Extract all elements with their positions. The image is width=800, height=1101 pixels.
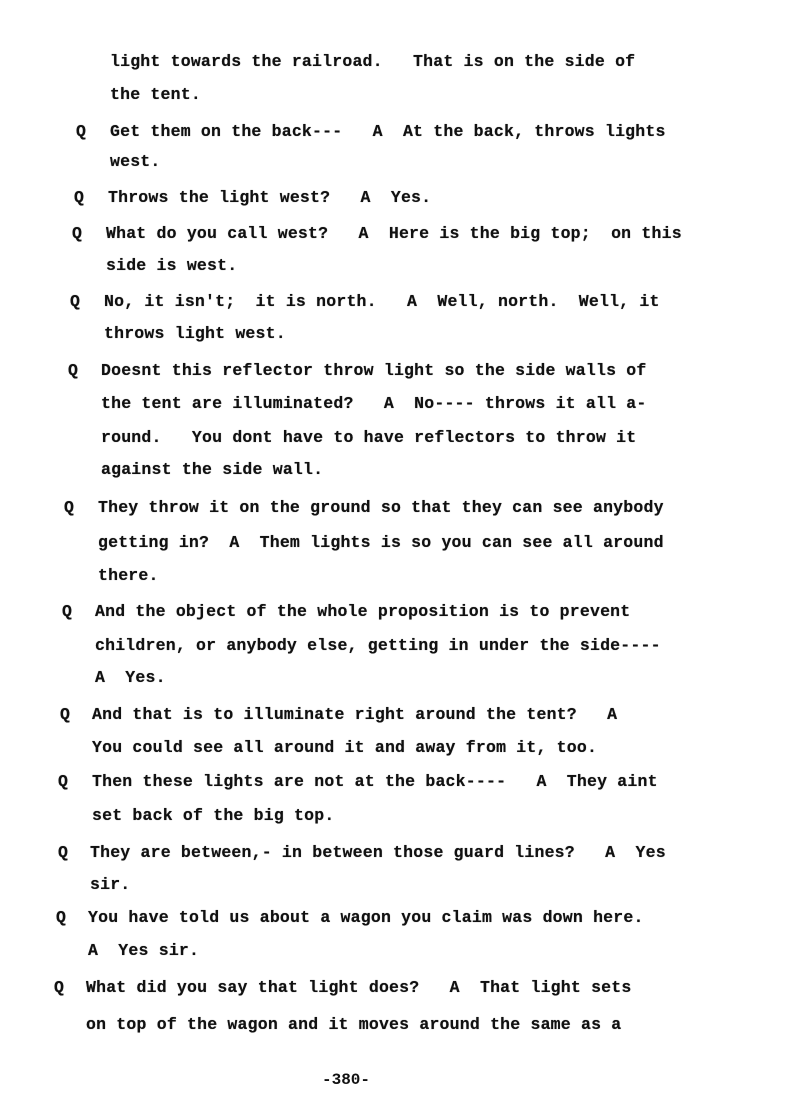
question-marker: Q [62,602,72,622]
question-marker: Q [56,908,66,928]
transcript-line: A Yes. [95,668,166,688]
transcript-line: What did you say that light does? A That… [86,978,632,998]
question-marker: Q [58,843,68,863]
transcript-line: set back of the big top. [92,806,334,826]
transcript-line: Throws the light west? A Yes. [108,188,431,208]
transcript-line: Doesnt this reflector throw light so the… [101,361,647,381]
transcript-line: Then these lights are not at the back---… [92,772,658,792]
question-marker: Q [74,188,84,208]
transcript-line: there. [98,566,159,586]
transcript-line: throws light west. [104,324,286,344]
transcript-line: side is west. [106,256,237,276]
question-marker: Q [70,292,80,312]
transcript-line: What do you call west? A Here is the big… [106,224,682,244]
transcript-line: the tent. [110,85,201,105]
transcript-line: They are between,- in between those guar… [90,843,666,863]
transcript-line: No, it isn't; it is north. A Well, north… [104,292,660,312]
transcript-line: And the object of the whole proposition … [95,602,630,622]
question-marker: Q [76,122,86,142]
transcript-line: You have told us about a wagon you claim… [88,908,644,928]
question-marker: Q [60,705,70,725]
question-marker: Q [64,498,74,518]
transcript-line: sir. [90,875,130,895]
transcript-line: west. [110,152,161,172]
transcript-line: light towards the railroad. That is on t… [110,52,635,72]
transcript-line: the tent are illuminated? A No---- throw… [101,394,647,414]
transcript-line: children, or anybody else, getting in un… [95,636,661,656]
transcript-line: They throw it on the ground so that they… [98,498,664,518]
page-number: -380- [322,1070,370,1090]
question-marker: Q [58,772,68,792]
question-marker: Q [54,978,64,998]
transcript-line: Get them on the back--- A At the back, t… [110,122,666,142]
transcript-line: against the side wall. [101,460,323,480]
transcript-line: on top of the wagon and it moves around … [86,1015,621,1035]
question-marker: Q [68,361,78,381]
transcript-line: You could see all around it and away fro… [92,738,597,758]
transcript-page: light towards the railroad. That is on t… [0,0,800,1101]
transcript-line: A Yes sir. [88,941,199,961]
transcript-line: round. You dont have to have reflectors … [101,428,636,448]
transcript-line: And that is to illuminate right around t… [92,705,617,725]
question-marker: Q [72,224,82,244]
transcript-line: getting in? A Them lights is so you can … [98,533,664,553]
